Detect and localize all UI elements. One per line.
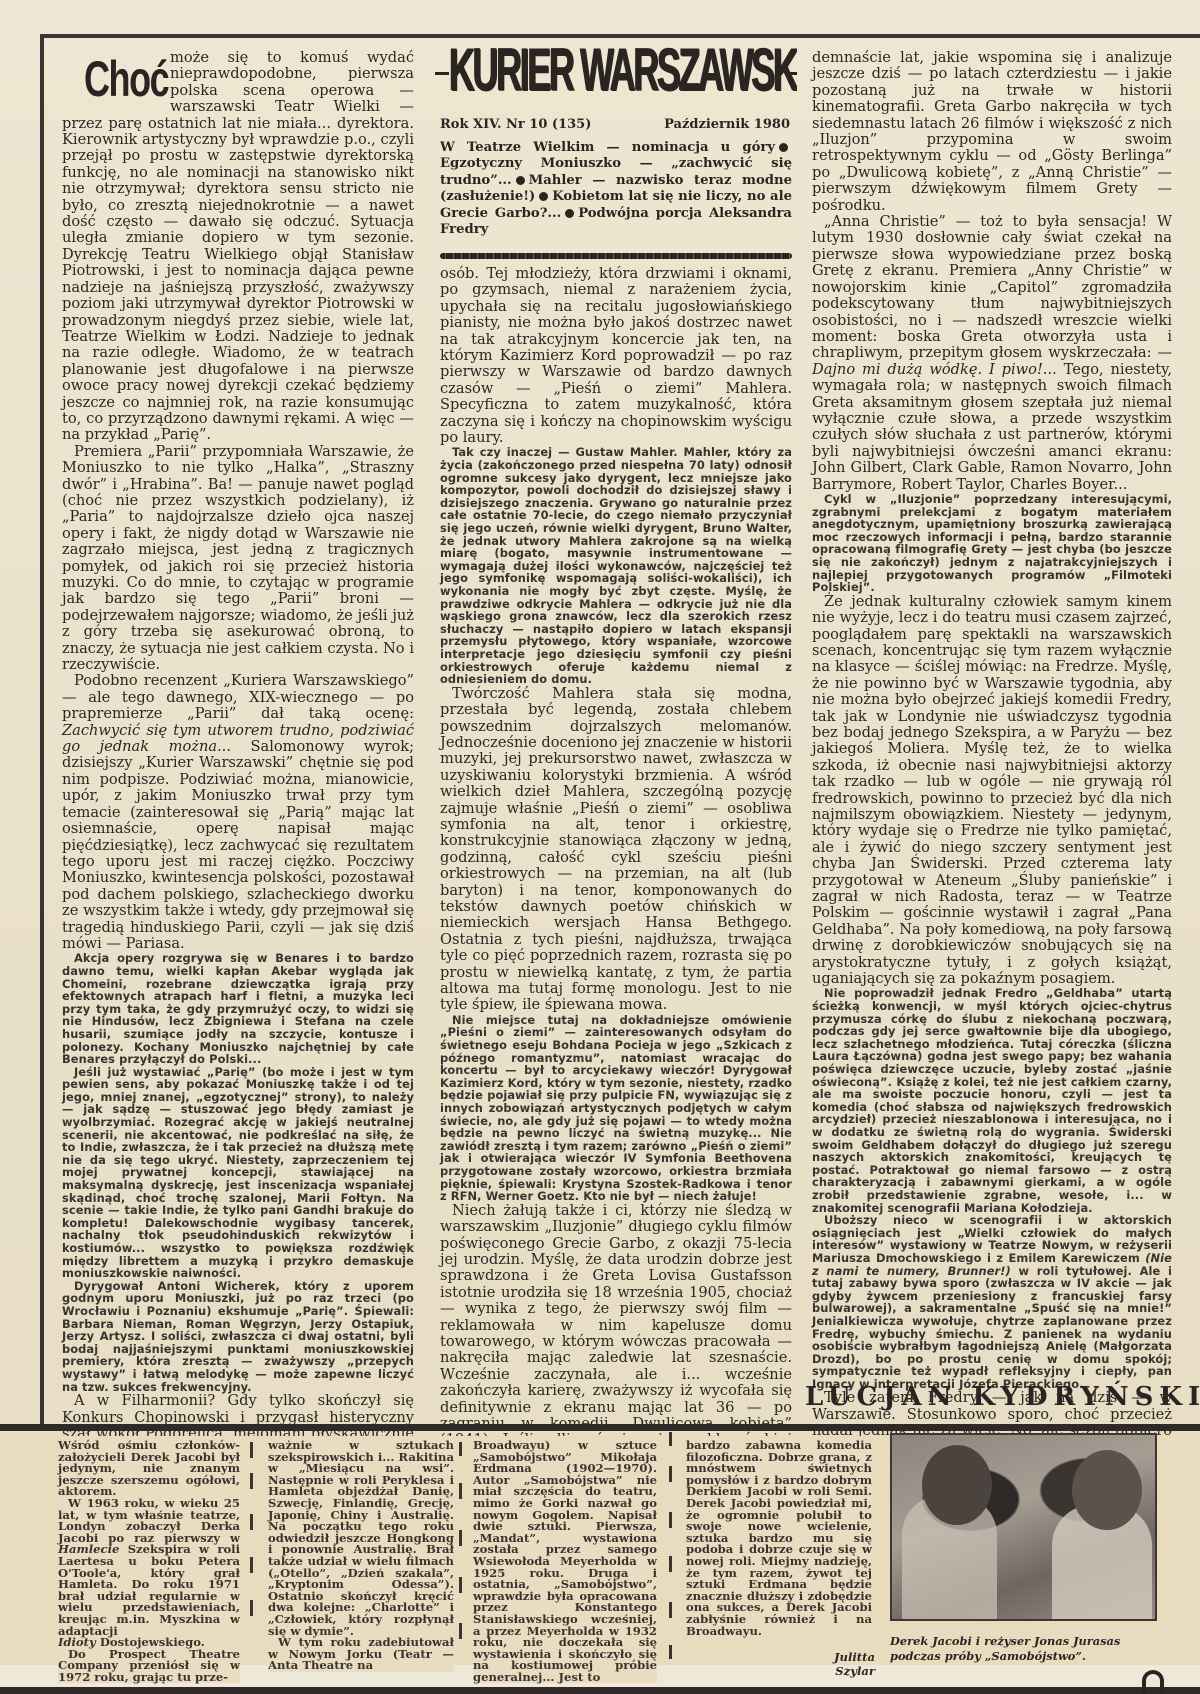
column-mark	[669, 1602, 672, 1618]
paragraph: Że jednak kulturalny człowiek samym kine…	[812, 594, 1172, 988]
column-mark	[669, 1556, 672, 1572]
paragraph: Wśród ośmiu członków-założycieli Derek J…	[58, 1440, 240, 1498]
paragraph-small: Nie miejsce tutaj na dokładniejsze omówi…	[440, 1014, 792, 1203]
column-mark	[250, 1557, 253, 1573]
article-column-3: demnaście lat, jakie wspomina się i anal…	[812, 50, 1172, 1489]
paragraph-small: Cykl w „Iluzjonie” poprzedzany interesuj…	[812, 493, 1172, 594]
masthead: KURIER WARSZAWSKI	[435, 34, 797, 114]
column-mark	[250, 1442, 253, 1458]
paragraph-small: Akcja opery rozgrywa się w Benares i to …	[62, 952, 414, 1065]
page-number-mark	[1142, 1670, 1164, 1694]
paragraph: Twórczość Mahlera stała się modna, przes…	[440, 686, 792, 1014]
column-mark	[459, 1442, 462, 1456]
column-mark	[459, 1623, 462, 1639]
paragraph: Do Prospect Theatre Company przeniósł si…	[58, 1649, 240, 1684]
column-mark	[459, 1530, 462, 1546]
issue-date: Październik 1980	[664, 117, 790, 132]
masthead-rule-left	[435, 72, 449, 75]
photo-caption: Derek Jacobi i reżyser Jonas Jurasas pod…	[890, 1634, 1165, 1663]
page-bottom-rule	[0, 1687, 1200, 1694]
column-mark	[669, 1645, 672, 1659]
column-mark	[669, 1512, 672, 1528]
masthead-title: KURIER WARSZAWSKI	[449, 34, 663, 106]
column-mark	[250, 1600, 253, 1616]
drop-cap-word: Choć	[84, 52, 136, 106]
bullet-icon	[565, 209, 574, 218]
ornamental-rule	[440, 253, 792, 259]
column-mark	[459, 1483, 462, 1499]
paragraph: „Anna Christie” — toż to była sensacja! …	[812, 214, 1172, 493]
bottom-column-2: ważnie w sztukach szekspirowskich i... R…	[268, 1440, 454, 1672]
bottom-column-3: Broadwayu) w sztuce „Samobójstwo” Mikoła…	[473, 1440, 657, 1683]
paragraph: W 1963 roku, w wieku 25 lat, w tym właśn…	[58, 1498, 240, 1637]
newspaper-page: KURIER WARSZAWSKI Rok XIV. Nr 10 (135) P…	[0, 0, 1200, 1694]
article-column-1: Choć może się to komuś wydać nieprawdopo…	[62, 50, 414, 1541]
paragraph: W tym roku zadebiutował w Nowym Jorku (T…	[268, 1637, 454, 1672]
bottom-author: Julitta Szylar	[795, 1650, 875, 1678]
photo-head-left	[922, 1445, 992, 1525]
bottom-column-4: bardzo zabawna komedia filozoficzna. Dob…	[686, 1440, 872, 1637]
paragraph: Broadwayu) w sztuce „Samobójstwo” Mikoła…	[473, 1440, 657, 1683]
column-mark	[250, 1473, 253, 1489]
paragraph: może się to komuś wydać nieprawdopodobne…	[62, 50, 414, 444]
author-signature: LUCJAN KYDRYŃSKI	[805, 1382, 1185, 1412]
section-divider	[0, 1424, 1200, 1431]
bullet-icon	[516, 176, 525, 185]
bottom-column-1: Wśród ośmiu członków-założycieli Derek J…	[58, 1440, 240, 1683]
teaser-box: W Teatrze Wielkim — nominacja u góryEgzo…	[440, 140, 792, 238]
column-mark	[459, 1577, 462, 1593]
photo-head-right	[1072, 1450, 1142, 1530]
teaser-item: W Teatrze Wielkim — nominacja u góry	[440, 140, 775, 155]
issue-number: Rok XIV. Nr 10 (135)	[440, 117, 591, 132]
issue-line: Rok XIV. Nr 10 (135) Październik 1980	[440, 117, 790, 132]
paragraph: Podobno recenzent „Kuriera Warszawskiego…	[62, 673, 414, 952]
masthead-rule-right	[789, 72, 797, 75]
bullet-icon	[539, 192, 548, 201]
paragraph-small: Tak czy inaczej — Gustaw Mahler. Mahler,…	[440, 446, 792, 685]
bullet-icon	[779, 143, 788, 152]
paragraph: bardzo zabawna komedia filozoficzna. Dob…	[686, 1440, 872, 1637]
photo-two-men	[890, 1433, 1157, 1621]
paragraph-small: Uboższy nieco w scenografii i w aktorski…	[812, 1214, 1172, 1390]
column-mark	[669, 1432, 672, 1446]
column-mark	[250, 1514, 253, 1530]
paragraph-small: Jeśli już wystawiać „Parię” (bo może i j…	[62, 1066, 414, 1280]
paragraph: ważnie w sztukach szekspirowskich i... R…	[268, 1440, 454, 1637]
paragraph: demnaście lat, jakie wspomina się i anal…	[812, 50, 1172, 214]
column-mark	[669, 1466, 672, 1482]
paragraph-small: Dyrygował Antoni Wicherek, który z upore…	[62, 1280, 414, 1393]
paragraph: osób. Tej młodzieży, która drzwiami i ok…	[440, 266, 792, 446]
paragraph: Premiera „Parii” przypomniała Warszawie,…	[62, 444, 414, 674]
paragraph-small: Nie poprowadził jednak Fredro „Geldhaba”…	[812, 987, 1172, 1214]
article-column-2: osób. Tej młodzieży, która drzwiami i ok…	[440, 266, 792, 1547]
